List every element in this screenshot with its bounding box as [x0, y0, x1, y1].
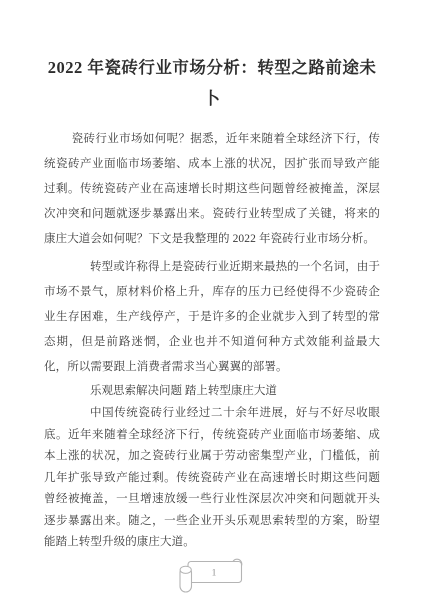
page-number: 1 — [212, 569, 217, 579]
document-page: 2022 年瓷砖行业市场分析：转型之路前途未卜 瓷砖行业市场如何呢？据悉，近年来… — [0, 0, 424, 600]
scroll-banner-icon: 1 — [173, 556, 251, 596]
paragraph-industry-history: 中国传统瓷砖行业经过二十余年进展，好与不好尽收眼底。近年来随着全球经济下行，传统… — [44, 403, 380, 554]
document-title: 2022 年瓷砖行业市场分析：转型之路前途未卜 — [44, 52, 380, 114]
page-footer: 1 — [0, 556, 424, 596]
paragraph-transformation: 转型或许称得上是瓷砖行业近期来最热的一个名词，由于市场不景气，原材料价格上升，库… — [44, 255, 380, 380]
paragraph-intro: 瓷砖行业市场如何呢？据悉，近年来随着全球经济下行，传统瓷砖产业面临市场萎缩、成本… — [44, 127, 380, 252]
section-subheading: 乐观思索解决问题 踏上转型康庄大道 — [44, 380, 380, 403]
